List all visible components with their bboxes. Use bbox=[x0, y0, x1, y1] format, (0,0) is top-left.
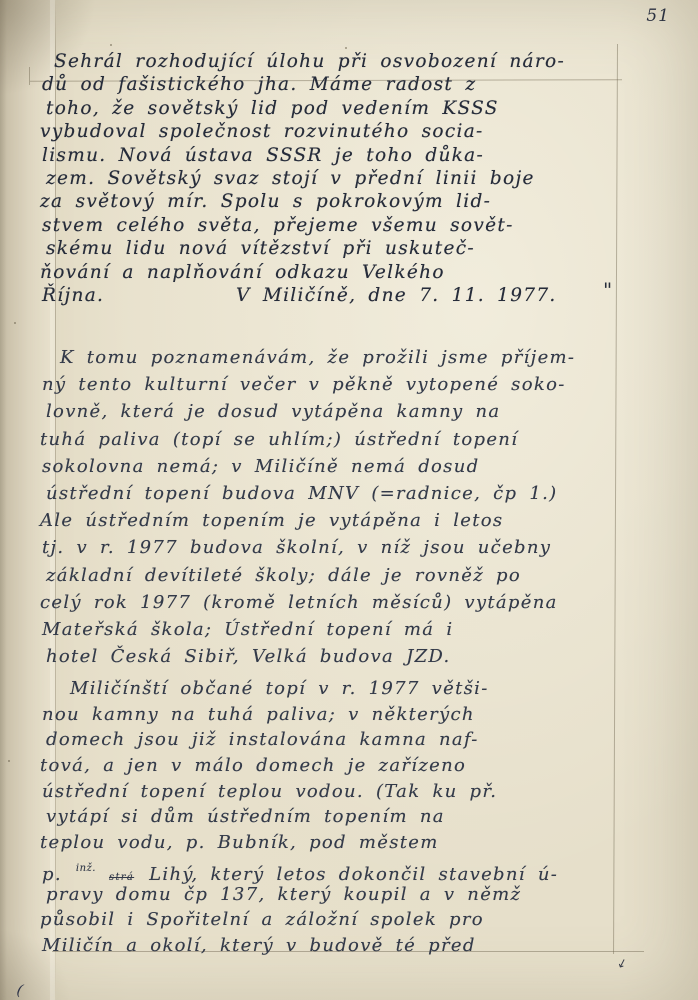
handwritten-line: Sehrál rozhodující úlohu při osvobození … bbox=[40, 50, 630, 73]
handwritten-line: Ale ústředním topením je vytápěna i leto… bbox=[40, 507, 632, 534]
handwritten-line: vytápí si dům ústředním topením na bbox=[40, 804, 632, 830]
handwritten-line: ústřední topení budova MNV (=radnice, čp… bbox=[40, 480, 632, 507]
handwritten-line: domech jsou již instalována kamna naf- bbox=[40, 727, 632, 753]
date-place-line: V Miličíně, dne 7. 11. 1977. bbox=[236, 285, 557, 306]
handwritten-line: sokolovna nemá; v Miličíně nemá dosud bbox=[40, 453, 632, 480]
handwritten-line: tj. v r. 1977 budova školní, v níž jsou … bbox=[40, 534, 632, 561]
handwritten-line: základní devítileté školy; dále je rovně… bbox=[40, 562, 632, 589]
handwritten-line: hotel Česká Sibiř, Velká budova JZD. bbox=[40, 643, 632, 670]
page-number: 51 bbox=[646, 6, 670, 26]
chronicle-page: 51 Sehrál rozhodující úlohu při osvoboze… bbox=[0, 0, 698, 1000]
paper-speck bbox=[8, 760, 10, 762]
handwritten-line: pravy domu čp 137, který koupil a v němž bbox=[40, 882, 632, 908]
paper-speck bbox=[14, 322, 16, 324]
handwritten-line: tová, a jen v málo domech je zařízeno bbox=[40, 753, 632, 779]
paragraph-building-heating: K tomu poznamenávám, že prožili jsme pří… bbox=[40, 344, 632, 670]
handwritten-line: stvem celého světa, přejeme všemu sovět- bbox=[40, 214, 630, 237]
handwritten-line: ňování a naplňování odkazu Velkého bbox=[40, 261, 630, 284]
handwritten-line: Miličín a okolí, který v budově té před bbox=[40, 933, 632, 959]
handwritten-line: teplou vodu, p. Bubník, pod městem bbox=[40, 830, 632, 856]
handwritten-line: skému lidu nová vítězství při uskuteč- bbox=[40, 237, 630, 260]
handwritten-line: za světový mír. Spolu s pokrokovým lid- bbox=[40, 190, 630, 213]
handwritten-line: nou kamny na tuhá paliva; v některých bbox=[40, 702, 632, 728]
handwritten-line: působil i Spořitelní a záložní spolek pr… bbox=[40, 907, 632, 933]
handwritten-line: tuhá paliva (topí se uhlím;) ústřední to… bbox=[40, 426, 632, 453]
handwritten-line: ústřední topení teplou vodou. (Tak ku př… bbox=[40, 779, 632, 805]
paper-speck bbox=[345, 47, 347, 49]
handwritten-line: toho, že sovětský lid pod vedením KSSS bbox=[40, 97, 630, 120]
closing-quote-mark: " bbox=[603, 278, 612, 302]
paper-speck bbox=[110, 44, 112, 46]
handwritten-line: dů od fašistického jha. Máme radost z bbox=[40, 73, 630, 96]
handwritten-line: vybudoval společnost rozvinutého socia- bbox=[40, 120, 630, 143]
paragraph-october-revolution: Sehrál rozhodující úlohu při osvobození … bbox=[40, 50, 630, 307]
handwritten-line: Mateřská škola; Ústřední topení má i bbox=[40, 616, 632, 643]
handwritten-line: lismu. Nová ústava SSSR je toho důka- bbox=[40, 144, 630, 167]
superscript-insertion: inž. bbox=[76, 863, 96, 874]
handwritten-line: Miličínští občané topí v r. 1977 větši- bbox=[40, 676, 632, 702]
handwritten-line: K tomu poznamenávám, že prožili jsme pří… bbox=[40, 344, 632, 371]
handwritten-line-with-insertion: p. inž. strá Lihý, který letos dokončil … bbox=[40, 856, 632, 882]
handwritten-line: ný tento kulturní večer v pěkně vytopené… bbox=[40, 371, 632, 398]
paragraph-citizens-heating: Miličínští občané topí v r. 1977 větši- … bbox=[40, 676, 632, 959]
handwritten-line: zem. Sovětský svaz stojí v přední linii … bbox=[40, 167, 630, 190]
handwritten-line: lovně, která je dosud vytápěna kamny na bbox=[40, 398, 632, 425]
pencil-margin-tick bbox=[29, 67, 30, 85]
corner-ink-mark: ( bbox=[15, 981, 24, 1000]
handwritten-line: celý rok 1977 (kromě letních měsíců) vyt… bbox=[40, 589, 632, 616]
